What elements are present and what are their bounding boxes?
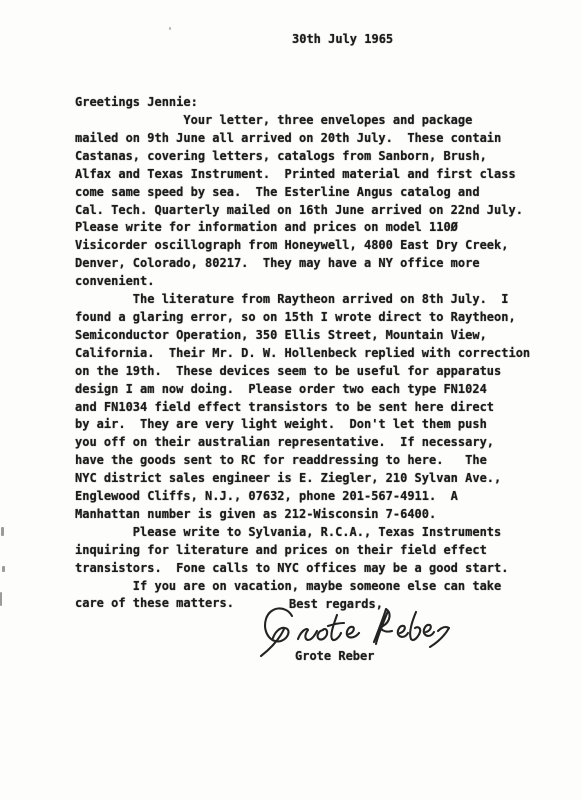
scan-artifact bbox=[2, 566, 5, 572]
scan-artifact bbox=[0, 592, 2, 606]
salutation: Greetings Jennie: bbox=[75, 94, 198, 112]
scan-artifact bbox=[169, 27, 171, 30]
letter-body-text: Your letter, three envelopes and package… bbox=[75, 112, 530, 613]
typed-signature-name: Grote Reber bbox=[295, 648, 374, 666]
scan-artifact bbox=[1, 527, 4, 536]
letter-page: 30th July 1965 Greetings Jennie: Your le… bbox=[0, 0, 581, 800]
date-line: 30th July 1965 bbox=[292, 31, 393, 49]
